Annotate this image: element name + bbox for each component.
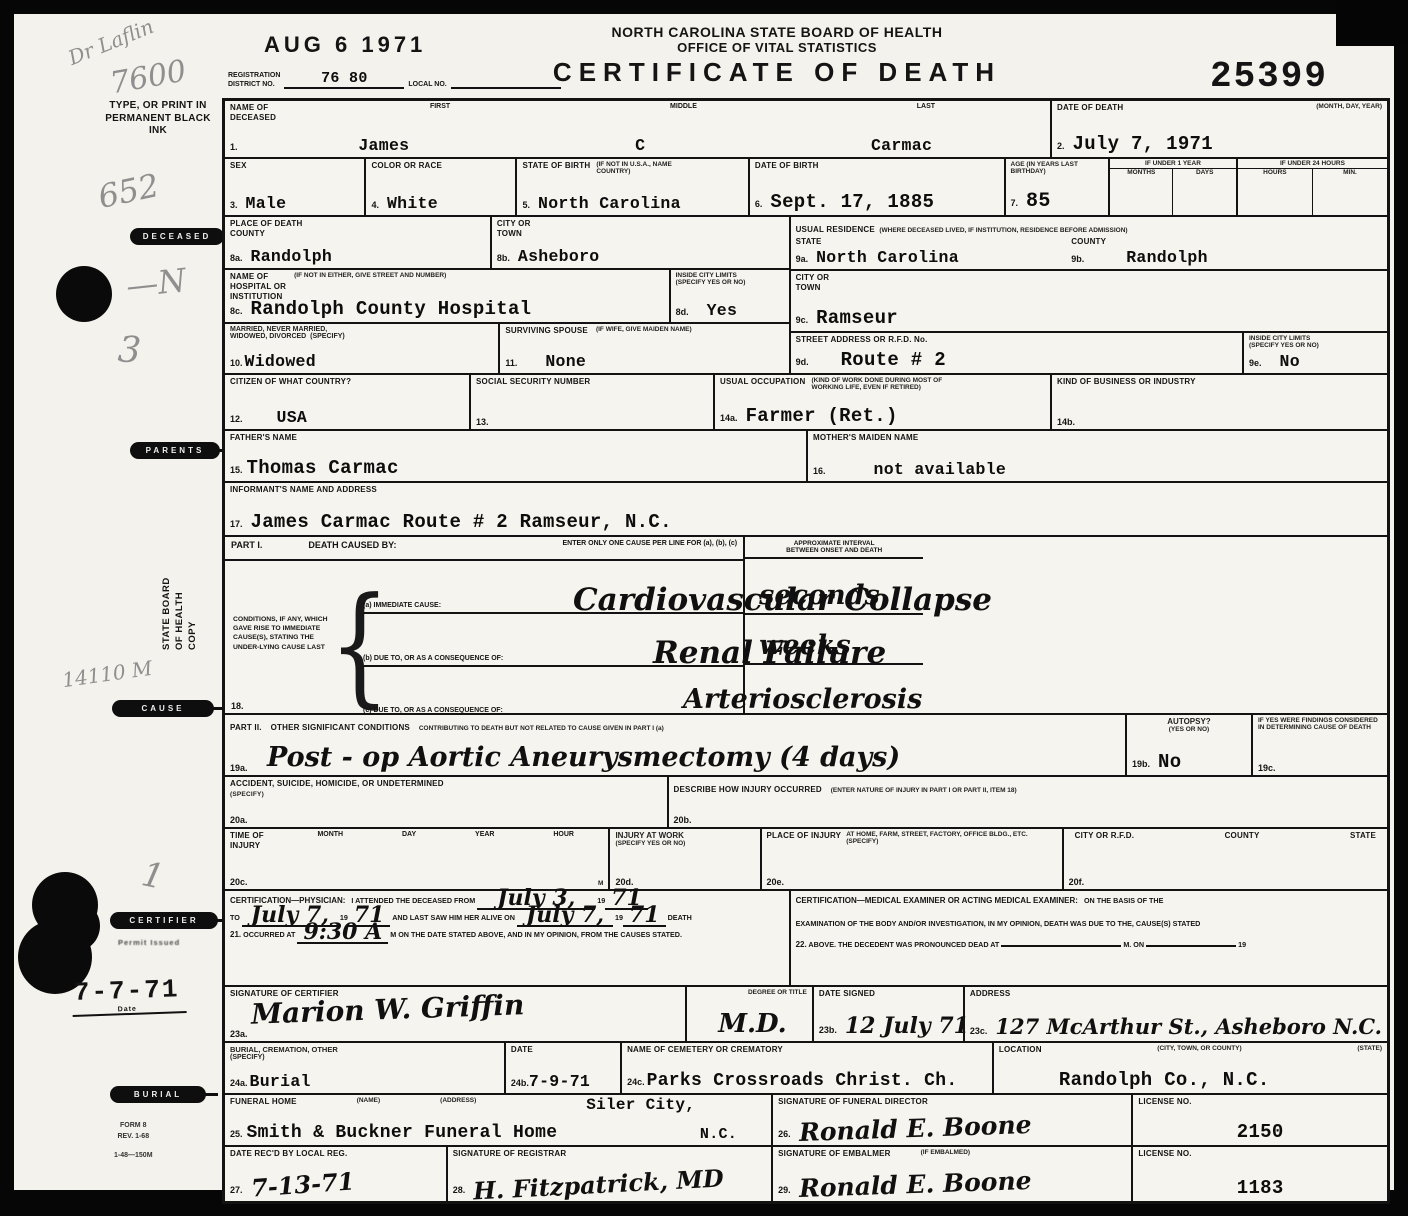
- local-number-blank: [451, 87, 561, 89]
- item-3: 3.: [230, 200, 238, 210]
- row-registrar: DATE REC'D BY LOCAL REG. 27. 7-13-71 SIG…: [225, 1145, 1387, 1201]
- due-to-b-label: (b) DUE TO, OR AS A CONSEQUENCE OF:: [363, 655, 503, 665]
- copy-line3: COPY: [187, 518, 200, 650]
- field-certifier-address: ADDRESS 23c. 127 McArthur St., Asheboro …: [963, 987, 1387, 1041]
- hospital-note: (IF NOT IN EITHER, GIVE STREET AND NUMBE…: [294, 272, 446, 302]
- item-9a: 9a.: [796, 254, 809, 264]
- location-label: LOCATION: [999, 1045, 1042, 1055]
- part1-cause-of-death: PART I. DEATH CAUSED BY: ENTER ONLY ONE …: [225, 535, 1387, 713]
- state-of-birth-value: North Carolina: [538, 194, 681, 213]
- field-findings-considered: IF YES WERE FINDINGS CONSIDERED IN DETER…: [1251, 715, 1387, 775]
- form-number-block: FORM 8 REV. 1-68 1-48—150M: [114, 1120, 153, 1162]
- ink-instruction-label: TYPE, OR PRINT IN PERMANENT BLACK INK: [100, 100, 216, 138]
- spouse-sublabel: (IF WIFE, GIVE MAIDEN NAME): [596, 326, 692, 336]
- item-15: 15.: [230, 465, 243, 475]
- residence-note: (WHERE DECEASED LIVED, IF INSTITUTION, R…: [879, 227, 1127, 234]
- other-conditions-value: Post - op Aortic Aneurysmectomy (4 days): [267, 742, 900, 773]
- field-inside-city-limits-residence: INSIDE CITY LIMITS(SPECIFY YES OR NO) 9e…: [1242, 333, 1387, 373]
- citizen-label: CITIZEN OF WHAT COUNTRY?: [230, 377, 464, 387]
- item-20a: 20a.: [230, 815, 248, 825]
- last-name-value: Carmac: [871, 136, 932, 155]
- place-of-death-header: PLACE OF DEATH: [230, 219, 302, 228]
- county-label: COUNTY: [230, 229, 265, 238]
- pencil-note-number: 7600: [108, 54, 189, 102]
- pencil-note-652: 652: [95, 166, 163, 216]
- occupation-label: USUAL OCCUPATION: [720, 377, 805, 391]
- city-rfd-label: CITY OR R.F.D.: [1075, 831, 1135, 841]
- item-20b: 20b.: [674, 815, 692, 825]
- funeral-home-name-sublabel: (NAME): [357, 1097, 380, 1107]
- spouse-label: SURVIVING SPOUSE: [505, 326, 588, 336]
- min-cell: MIN.: [1313, 169, 1387, 215]
- pencil-stroke-1: 1: [138, 854, 167, 898]
- months-cell: MONTHS: [1110, 169, 1173, 215]
- item-7: 7.: [1011, 198, 1019, 208]
- immediate-cause-label: (a) IMMEDIATE CAUSE:: [363, 602, 441, 612]
- row-certification: CERTIFICATION—PHYSICIAN: I ATTENDED THE …: [225, 889, 1387, 985]
- conditions-note: CONDITIONS, IF ANY, WHICH GAVE RISE TO I…: [233, 615, 333, 652]
- field-date-of-death: DATE OF DEATH (MONTH, DAY, YEAR) 2. July…: [1050, 101, 1387, 157]
- hospital-value: Randolph County Hospital: [251, 298, 532, 320]
- last-saw-text: AND LAST SAW HIM HER ALIVE ON: [392, 913, 515, 922]
- agency-office: OFFICE OF VITAL STATISTICS: [552, 40, 1002, 55]
- sex-label: SEX: [230, 161, 359, 171]
- day-label: DAY: [402, 831, 416, 851]
- permit-issued-label: Permit Issued: [118, 938, 180, 947]
- registration-label: REGISTRATIONDISTRICT NO.: [228, 71, 280, 89]
- residence-state-value: North Carolina: [816, 248, 959, 267]
- funeral-home-state-value: N.C.: [700, 1126, 737, 1143]
- field-embalmer-signature: SIGNATURE OF EMBALMER (IF EMBALMED) 29. …: [771, 1147, 1131, 1201]
- field-injury-location: CITY OR R.F.D. COUNTY STATE 20f.: [1062, 829, 1387, 889]
- last-col-label: LAST: [917, 103, 935, 123]
- item-24c: 24c.: [627, 1077, 645, 1087]
- field-burial-location: LOCATION (CITY, TOWN, OR COUNTY) (STATE)…: [992, 1043, 1387, 1093]
- document-title: CERTIFICATE OF DEATH: [552, 57, 1002, 88]
- street-value: Route # 2: [841, 349, 946, 371]
- tab-cause: CAUSE: [112, 700, 214, 717]
- examiner-basis-text: ON THE BASIS OF THE: [1084, 896, 1163, 905]
- field-residence-state: STATE 9a. North Carolina: [796, 237, 1072, 267]
- date-received-label: DATE REC'D BY LOCAL REG.: [230, 1149, 441, 1159]
- item-18: 18.: [231, 701, 244, 711]
- registrar-value: H. Fitzpatrick, MD: [473, 1163, 725, 1205]
- embalmer-sublabel: (IF EMBALMED): [921, 1149, 970, 1159]
- field-if-under-1-year: IF UNDER 1 YEAR MONTHS DAYS: [1108, 159, 1236, 215]
- item-6: 6.: [755, 199, 763, 209]
- location-sublabel-state: (STATE): [1357, 1045, 1382, 1055]
- item-23a: 23a.: [230, 1029, 248, 1039]
- row-parents: FATHER'S NAME 15. Thomas Carmac MOTHER'S…: [225, 429, 1387, 481]
- item-8c: 8c.: [230, 306, 243, 316]
- item-10: 10.: [230, 358, 243, 368]
- ssn-label: SOCIAL SECURITY NUMBER: [476, 377, 708, 387]
- form-revision: REV. 1-68: [114, 1131, 153, 1142]
- item-24b: 24b.: [511, 1078, 529, 1088]
- ink-blot: [48, 900, 100, 952]
- item-27: 27.: [230, 1185, 243, 1195]
- row-accident: ACCIDENT, SUICIDE, HOMICIDE, OR UNDETERM…: [225, 775, 1387, 827]
- item-2: 2.: [1057, 141, 1065, 151]
- field-date-received: DATE REC'D BY LOCAL REG. 27. 7-13-71: [225, 1147, 446, 1201]
- field-burial-date: DATE 24b. 7-9-71: [504, 1043, 620, 1093]
- item-9e: 9e.: [1249, 358, 1262, 368]
- left-margin: Dr Laflin 7600 TYPE, OR PRINT IN PERMANE…: [14, 14, 222, 1190]
- embalmer-label: SIGNATURE OF EMBALMER: [778, 1149, 891, 1159]
- certification-medical-examiner: CERTIFICATION—MEDICAL EXAMINER OR ACTING…: [789, 891, 1387, 985]
- hour-label: HOUR: [553, 831, 574, 851]
- address-value: 127 McArthur St., Asheboro N.C.: [995, 1014, 1382, 1039]
- date-of-death-value: July 7, 1971: [1073, 133, 1213, 155]
- street-label: STREET ADDRESS OR R.F.D. No.: [796, 335, 928, 345]
- cause-line-b: (b) DUE TO, OR AS A CONSEQUENCE OF: Rena…: [363, 614, 743, 667]
- occurred-at-text: OCCURRED AT: [243, 930, 295, 939]
- burial-date-label: DATE: [511, 1045, 615, 1055]
- part2-other-conditions: PART II. OTHER SIGNIFICANT CONDITIONS CO…: [225, 713, 1387, 775]
- field-city-of-death: CITY ORTOWN 8b. Asheboro: [490, 217, 789, 268]
- registrar-label: SIGNATURE OF REGISTRAR: [453, 1149, 766, 1159]
- race-value: White: [387, 194, 438, 213]
- row-citizen-occupation: CITIZEN OF WHAT COUNTRY? 12. USA SOCIAL …: [225, 373, 1387, 429]
- place-of-injury-sublabel: AT HOME, FARM, STREET, FACTORY, OFFICE B…: [846, 831, 1056, 845]
- date-signed-label: DATE SIGNED: [819, 989, 958, 999]
- under-24-hours-label: IF UNDER 24 HOURS: [1238, 159, 1387, 169]
- field-autopsy: AUTOPSY? (YES OR NO) 19b. No: [1125, 715, 1251, 775]
- item-17: 17.: [230, 519, 243, 529]
- month-label: MONTH: [317, 831, 343, 851]
- field-director-license: LICENSE NO. 2150: [1131, 1095, 1387, 1145]
- item-20f: 20f.: [1069, 877, 1085, 887]
- field-mother-name: MOTHER'S MAIDEN NAME 16. not available: [806, 431, 1387, 481]
- date-of-birth-label: DATE OF BIRTH: [755, 161, 999, 171]
- tab-deceased: DECEASED: [130, 228, 224, 245]
- item-9c: 9c.: [796, 315, 809, 325]
- part2-note: CONTRIBUTING TO DEATH BUT NOT RELATED TO…: [419, 725, 664, 732]
- county-of-death-value: Randolph: [251, 247, 333, 266]
- city-of-death-value: Asheboro: [518, 247, 600, 266]
- field-ssn: SOCIAL SECURITY NUMBER 13.: [469, 375, 713, 429]
- photocopy-corner-artifact: [1336, 0, 1408, 46]
- received-date-stamp: AUG 6 1971: [264, 32, 426, 58]
- informant-value: James Carmac Route # 2 Ramseur, N.C.: [251, 511, 672, 533]
- field-time-of-injury: TIME OFINJURY MONTH DAY YEAR HOUR 20c. M: [225, 829, 608, 889]
- mother-value: not available: [874, 460, 1007, 479]
- under-1-year-label: IF UNDER 1 YEAR: [1110, 159, 1236, 169]
- tab-parents: PARENTS: [130, 442, 220, 459]
- last-saw-year: 71: [623, 902, 666, 928]
- due-to-b-value: Renal Failure: [653, 635, 886, 671]
- item-11: 11.: [505, 358, 517, 368]
- date-received-stamp: 7-7-71 Date: [71, 974, 186, 1017]
- interval-header: APPROXIMATE INTERVALBETWEEN ONSET AND DE…: [745, 537, 923, 559]
- middle-name-value: C: [635, 136, 645, 155]
- agency-title-block: NORTH CAROLINA STATE BOARD OF HEALTH OFF…: [552, 24, 1002, 88]
- funeral-home-city-value: Siler City,: [586, 1096, 695, 1114]
- item-16: 16.: [813, 466, 826, 476]
- place-of-injury-label: PLACE OF INJURY: [767, 831, 842, 845]
- embalmer-value: Ronald E. Boone: [798, 1166, 1031, 1203]
- age-label: AGE (IN YEARS LAST BIRTHDAY): [1011, 161, 1104, 175]
- license1-value: 2150: [1138, 1121, 1382, 1143]
- item-23c: 23c.: [970, 1026, 988, 1036]
- name-label: NAME OFDECEASED: [230, 103, 320, 123]
- location-sublabel-city: (CITY, TOWN, OR COUNTY): [1157, 1045, 1241, 1055]
- band-place-residence: PLACE OF DEATH COUNTY 8a. Randolph CITY …: [225, 215, 1387, 373]
- usual-residence-block: USUAL RESIDENCE (WHERE DECEASED LIVED, I…: [789, 217, 1387, 373]
- death-word: DEATH: [668, 913, 692, 922]
- item-5: 5.: [522, 200, 530, 210]
- field-funeral-home: FUNERAL HOME (NAME) (ADDRESS) 25. Smith …: [225, 1095, 771, 1145]
- date-of-birth-value: Sept. 17, 1885: [770, 191, 934, 213]
- date-of-death-sublabel: (MONTH, DAY, YEAR): [1316, 103, 1382, 113]
- field-degree-title: DEGREE OR TITLE M.D.: [685, 987, 812, 1041]
- copy-line1: STATE BOARD: [161, 518, 174, 650]
- registration-district: REGISTRATIONDISTRICT NO. 76 80 LOCAL NO.: [228, 70, 561, 89]
- item-26: 26.: [778, 1129, 791, 1139]
- hours-cell: HOURS: [1238, 169, 1313, 215]
- funeral-director-value: Ronald E. Boone: [798, 1110, 1031, 1147]
- last-saw-value: July 7,: [520, 902, 610, 928]
- field-describe-injury: DESCRIBE HOW INJURY OCCURRED (ENTER NATU…: [667, 777, 1387, 827]
- first-name-value: James: [358, 136, 409, 155]
- state-of-birth-sublabel: (IF NOT IN U.S.A., NAME COUNTRY): [596, 161, 706, 175]
- funeral-home-address-sublabel: (ADDRESS): [440, 1097, 476, 1107]
- field-embalmer-license: LICENSE NO. 1183: [1131, 1147, 1387, 1201]
- field-street-address: STREET ADDRESS OR R.F.D. No. 9d. Route #…: [791, 333, 1242, 373]
- informant-label: INFORMANT'S NAME AND ADDRESS: [230, 485, 1382, 495]
- local-number-label: LOCAL NO.: [408, 80, 446, 89]
- injury-state-label: STATE: [1350, 831, 1376, 841]
- field-burial-type: BURIAL, CREMATION, OTHER (SPECIFY) 24a. …: [225, 1043, 504, 1093]
- item-24a: 24a.: [230, 1078, 248, 1088]
- field-date-signed: DATE SIGNED 23b. 12 July 71: [812, 987, 963, 1041]
- field-age: AGE (IN YEARS LAST BIRTHDAY) 7. 85: [1004, 159, 1109, 215]
- examiner-body-text: EXAMINATION OF THE BODY AND/OR INVESTIGA…: [796, 919, 1201, 928]
- field-surviving-spouse: SURVIVING SPOUSE (IF WIFE, GIVE MAIDEN N…: [498, 324, 788, 373]
- occurred-tail-text: M ON THE DATE STATED ABOVE, AND IN MY OP…: [390, 930, 682, 939]
- residence-county-value: Randolph: [1126, 248, 1208, 267]
- row-funeral-home: FUNERAL HOME (NAME) (ADDRESS) 25. Smith …: [225, 1093, 1387, 1145]
- form-header: AUG 6 1971 REGISTRATIONDISTRICT NO. 76 8…: [222, 22, 1390, 98]
- date-of-death-label: DATE OF DEATH: [1057, 103, 1123, 113]
- item-28: 28.: [453, 1185, 466, 1195]
- mother-label: MOTHER'S MAIDEN NAME: [813, 433, 1382, 443]
- describe-injury-sublabel: (ENTER NATURE OF INJURY IN PART I OR PAR…: [831, 787, 1017, 794]
- item-12: 12.: [230, 414, 243, 424]
- cemetery-label: NAME OF CEMETERY OR CREMATORY: [627, 1045, 987, 1055]
- item-25: 25.: [230, 1129, 243, 1139]
- item-19a: 19a.: [230, 763, 248, 773]
- inside-city-limits-death-value: Yes: [707, 301, 738, 320]
- father-value: Thomas Carmac: [247, 457, 399, 479]
- to-label: TO: [230, 913, 240, 922]
- field-registrar-signature: SIGNATURE OF REGISTRAR 28. H. Fitzpatric…: [446, 1147, 771, 1201]
- row-burial: BURIAL, CREMATION, OTHER (SPECIFY) 24a. …: [225, 1041, 1387, 1093]
- field-if-under-24-hours: IF UNDER 24 HOURS HOURS MIN.: [1236, 159, 1387, 215]
- field-signature-of-certifier: SIGNATURE OF CERTIFIER 23a. Marion W. Gr…: [225, 987, 685, 1041]
- year-19-label: 19: [1238, 940, 1246, 949]
- degree-value: M.D.: [718, 1009, 807, 1039]
- first-col-label: FIRST: [430, 103, 450, 123]
- burial-type-value: Burial: [250, 1072, 311, 1091]
- form-print-run: 1-48—150M: [114, 1150, 153, 1161]
- field-state-of-birth: STATE OF BIRTH (IF NOT IN U.S.A., NAME C…: [515, 159, 747, 215]
- examiner-cert-title: CERTIFICATION—MEDICAL EXAMINER OR ACTING…: [796, 896, 1078, 905]
- stamp-date-value: 7-7-71: [73, 974, 180, 1008]
- describe-injury-label: DESCRIBE HOW INJURY OCCURRED: [674, 785, 822, 794]
- item-19c: 19c.: [1258, 763, 1276, 773]
- days-cell: DAYS: [1173, 169, 1235, 215]
- district-number-value: 76 80: [284, 70, 404, 89]
- pencil-scrawl: 14110 M: [61, 656, 154, 692]
- date-received-value: 7-13-71: [250, 1166, 355, 1202]
- field-color-or-race: COLOR OR RACE 4. White: [364, 159, 515, 215]
- certificate-form: AUG 6 1971 REGISTRATIONDISTRICT NO. 76 8…: [222, 22, 1390, 1204]
- field-accident-suicide: ACCIDENT, SUICIDE, HOMICIDE, OR UNDETERM…: [225, 777, 667, 827]
- license1-label: LICENSE NO.: [1138, 1097, 1382, 1107]
- occupation-sublabel: (KIND OF WORK DONE DURING MOST OF WORKIN…: [811, 377, 971, 391]
- field-county-of-death: PLACE OF DEATH COUNTY 8a. Randolph: [225, 217, 490, 268]
- immediate-cause-value: Cardiovascular Collapse: [573, 582, 992, 618]
- injury-county-label: COUNTY: [1225, 831, 1260, 841]
- funeral-home-label: FUNERAL HOME: [230, 1097, 297, 1107]
- field-injury-at-work: INJURY AT WORK(SPECIFY YES OR NO) 20d.: [608, 829, 759, 889]
- pronounced-dead-text: ABOVE. THE DECEDENT WAS PRONOUNCED DEAD …: [808, 940, 999, 949]
- marital-status-value: Widowed: [245, 352, 316, 371]
- item-13: 13.: [476, 417, 489, 427]
- certification-physician: CERTIFICATION—PHYSICIAN: I ATTENDED THE …: [225, 891, 789, 985]
- certificate-number: 25399: [1210, 56, 1328, 97]
- citizen-value: USA: [277, 408, 308, 427]
- license2-label: LICENSE NO.: [1138, 1149, 1382, 1159]
- autopsy-value: No: [1158, 751, 1181, 773]
- row-sex-race-birth: SEX 3. Male COLOR OR RACE 4. White STATE…: [225, 157, 1387, 215]
- scanned-certificate-page: Dr Laflin 7600 TYPE, OR PRINT IN PERMANE…: [14, 14, 1394, 1190]
- item-9d: 9d.: [796, 357, 809, 367]
- field-informant: INFORMANT'S NAME AND ADDRESS 17. James C…: [225, 483, 1387, 535]
- tab-certifier: CERTIFIER: [110, 912, 218, 929]
- father-label: FATHER'S NAME: [230, 433, 801, 443]
- residence-county-label: COUNTY: [1071, 237, 1382, 247]
- pencil-note-n: —N: [124, 261, 188, 305]
- copy-line2: OF HEALTH: [174, 518, 187, 650]
- item-21: 21.: [230, 930, 241, 939]
- one-cause-per-line-note: ENTER ONLY ONE CAUSE PER LINE FOR (a), (…: [563, 540, 738, 547]
- field-business-industry: KIND OF BUSINESS OR INDUSTRY 14b.: [1050, 375, 1387, 429]
- form-number: FORM 8: [114, 1120, 153, 1131]
- cemetery-value: Parks Crossroads Christ. Ch.: [647, 1071, 958, 1091]
- cause-line-c: (c) DUE TO, OR AS A CONSEQUENCE OF: Arte…: [363, 667, 743, 717]
- field-hospital: NAME OFHOSPITAL ORINSTITUTION (IF NOT IN…: [225, 270, 669, 323]
- race-label: COLOR OR RACE: [371, 161, 510, 171]
- item-19b: 19b.: [1132, 759, 1150, 769]
- m-on-label: M. ON: [1123, 940, 1144, 949]
- field-occupation: USUAL OCCUPATION (KIND OF WORK DONE DURI…: [713, 375, 1050, 429]
- residence-state-label: STATE: [796, 237, 1072, 247]
- tab-burial: BURIAL: [110, 1086, 206, 1103]
- field-inside-city-limits-death: INSIDE CITY LIMITS(SPECIFY YES OR NO) 8d…: [669, 270, 789, 323]
- row-injury-details: TIME OFINJURY MONTH DAY YEAR HOUR 20c. M: [225, 827, 1387, 889]
- business-label: KIND OF BUSINESS OR INDUSTRY: [1057, 377, 1382, 387]
- burial-date-value: 7-9-71: [529, 1072, 590, 1091]
- occupation-value: Farmer (Ret.): [746, 405, 898, 427]
- cause-line-a: (a) IMMEDIATE CAUSE: Cardiovascular Coll…: [363, 561, 743, 614]
- item-8b: 8b.: [497, 253, 510, 263]
- agency-name: NORTH CAROLINA STATE BOARD OF HEALTH: [552, 24, 1002, 40]
- part1-label: PART I.: [231, 540, 262, 550]
- item-4: 4.: [371, 200, 379, 210]
- row-informant: INFORMANT'S NAME AND ADDRESS 17. James C…: [225, 481, 1387, 535]
- field-date-of-birth: DATE OF BIRTH 6. Sept. 17, 1885: [748, 159, 1004, 215]
- item-8a: 8a.: [230, 253, 243, 263]
- age-value: 85: [1026, 190, 1051, 213]
- item-23b: 23b.: [819, 1025, 837, 1035]
- row-name: NAME OFDECEASED FIRST MIDDLE LAST 1. Jam…: [225, 101, 1387, 157]
- item-20c: 20c.: [230, 877, 248, 887]
- due-to-c-value: Arteriosclerosis: [683, 684, 922, 715]
- burial-location-value: Randolph Co., N.C.: [1059, 1069, 1382, 1091]
- other-conditions-label: OTHER SIGNIFICANT CONDITIONS: [271, 723, 410, 732]
- item-9b: 9b.: [1071, 254, 1084, 264]
- death-caused-by-label: DEATH CAUSED BY:: [308, 540, 396, 550]
- funeral-home-value: Smith & Buckner Funeral Home: [247, 1123, 558, 1143]
- item-20e: 20e.: [767, 877, 785, 887]
- place-of-death-block: PLACE OF DEATH COUNTY 8a. Randolph CITY …: [225, 217, 789, 373]
- item-14a: 14a.: [720, 413, 738, 423]
- ink-blot: [56, 266, 112, 322]
- sex-value: Male: [246, 194, 287, 213]
- field-marital-status: MARRIED, NEVER MARRIED, WIDOWED, DIVORCE…: [225, 324, 498, 373]
- field-place-of-injury: PLACE OF INJURY AT HOME, FARM, STREET, F…: [760, 829, 1062, 889]
- row-signature: SIGNATURE OF CERTIFIER 23a. Marion W. Gr…: [225, 985, 1387, 1041]
- pencil-note-3: 3: [117, 329, 143, 371]
- field-father-name: FATHER'S NAME 15. Thomas Carmac: [225, 431, 806, 481]
- address-label: ADDRESS: [970, 989, 1382, 999]
- license2-value: 1183: [1138, 1177, 1382, 1199]
- field-other-significant-conditions: PART II. OTHER SIGNIFICANT CONDITIONS CO…: [225, 715, 1125, 775]
- meridiem-label: M: [598, 880, 603, 887]
- item-14b: 14b.: [1057, 417, 1075, 427]
- degree-label: DEGREE OR TITLE: [692, 989, 807, 996]
- death-time-value: 9:30 A: [297, 919, 388, 945]
- copy-designation-label: STATE BOARD OF HEALTH COPY: [161, 518, 207, 650]
- field-residence-county: COUNTY 9b. Randolph: [1071, 237, 1382, 267]
- item-1: 1.: [230, 142, 238, 152]
- date-signed-value: 12 July 71: [845, 1013, 969, 1039]
- spouse-value: None: [545, 352, 586, 371]
- residence-town-value: Ramseur: [816, 307, 898, 329]
- item-22: 22.: [796, 940, 807, 949]
- inside-city-limits-residence-value: No: [1280, 352, 1300, 371]
- item-29: 29.: [778, 1185, 791, 1195]
- funeral-director-label: SIGNATURE OF FUNERAL DIRECTOR: [778, 1097, 1126, 1107]
- field-residence-town: CITY ORTOWN 9c. Ramseur: [791, 269, 1387, 331]
- field-cemetery: NAME OF CEMETERY OR CREMATORY 24c. Parks…: [620, 1043, 992, 1093]
- state-of-birth-label: STATE OF BIRTH: [522, 161, 590, 175]
- field-funeral-director-signature: SIGNATURE OF FUNERAL DIRECTOR 26. Ronald…: [771, 1095, 1131, 1145]
- part2-label: PART II.: [230, 723, 262, 732]
- field-citizen: CITIZEN OF WHAT COUNTRY? 12. USA: [225, 375, 469, 429]
- year-label: YEAR: [475, 831, 494, 851]
- field-sex: SEX 3. Male: [225, 159, 364, 215]
- field-name-of-deceased: NAME OFDECEASED FIRST MIDDLE LAST 1. Jam…: [225, 101, 1050, 157]
- middle-col-label: MIDDLE: [670, 103, 697, 123]
- residence-header: USUAL RESIDENCE: [796, 225, 875, 234]
- item-8d: 8d.: [676, 307, 689, 317]
